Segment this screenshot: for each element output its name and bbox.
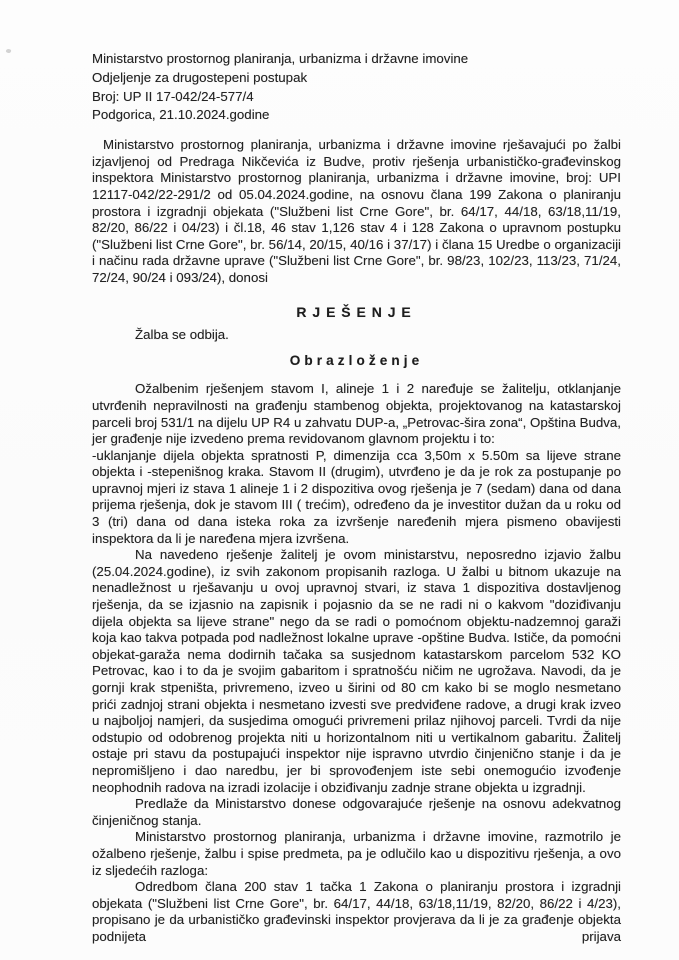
paragraph-ordered-measures-and-deadlines: -uklanjanje dijela objekta spratnosti P,… <box>92 448 621 548</box>
scan-artifact-mark <box>6 48 12 53</box>
verdict-line: Žalba se odbija. <box>92 327 621 344</box>
department-name: Odjeljenje za drugostepeni postupak <box>92 69 621 88</box>
place-and-date: Podgorica, 21.10.2024.godine <box>92 106 621 125</box>
scanned-document-page: Ministarstvo prostornog planiranja, urba… <box>0 0 679 960</box>
document-content: Ministarstvo prostornog planiranja, urba… <box>92 50 621 946</box>
decision-title: RJEŠENJE <box>92 304 621 321</box>
letterhead: Ministarstvo prostornog planiranja, urba… <box>92 50 621 125</box>
paragraph-first-instance-ruling-summary: Ožalbenim rješenjem stavom I, alineje 1 … <box>92 381 621 447</box>
ministry-name: Ministarstvo prostornog planiranja, urba… <box>92 50 621 69</box>
paragraph-appellant-proposal: Predlaže da Ministarstvo donese odgovara… <box>92 796 621 829</box>
intro-paragraph: Ministarstvo prostornog planiranja, urba… <box>92 137 621 286</box>
rationale-title: Obrazloženje <box>92 353 621 370</box>
case-number: Broj: UP II 17-042/24-577/4 <box>92 88 621 107</box>
paragraph-appeal-arguments: Na navedeno rješenje žalitelj je ovom mi… <box>92 547 621 796</box>
paragraph-legal-provision-citation: Odredbom člana 200 stav 1 tačka 1 Zakona… <box>92 879 621 945</box>
paragraph-ministry-review-statement: Ministarstvo prostornog planiranja, urba… <box>92 829 621 879</box>
